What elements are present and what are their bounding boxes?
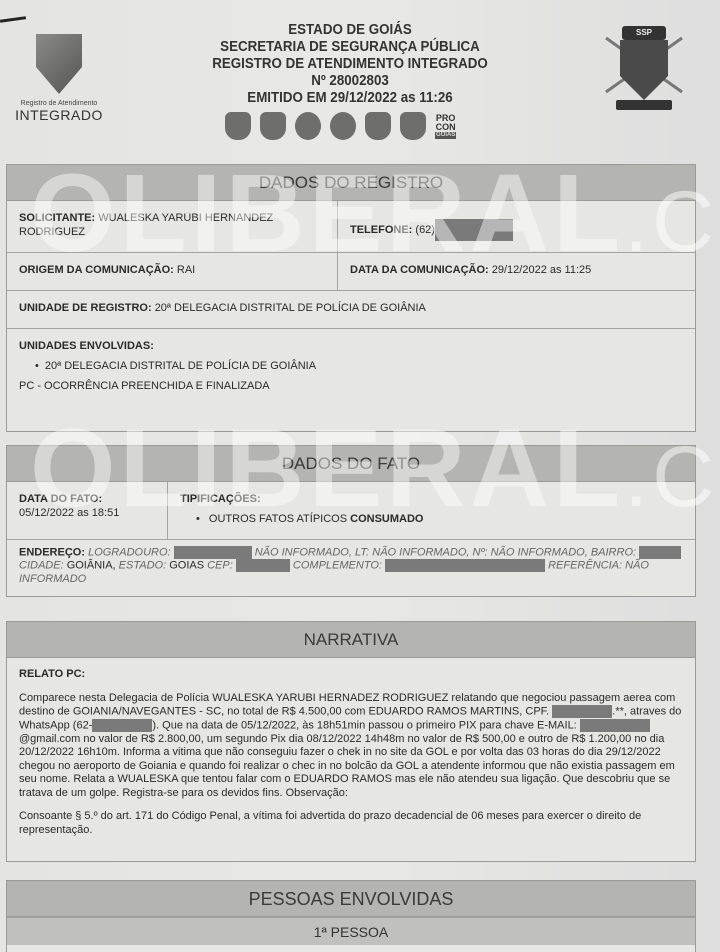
redacted-cep <box>236 559 290 572</box>
tipificacao-item: OUTROS FATOS ATÍPICOS CONSUMADO <box>180 512 683 526</box>
header-secretaria: SECRETARIA DE SEGURANÇA PÚBLICA <box>194 39 507 56</box>
pen-mark <box>0 16 26 23</box>
section-title: PESSOAS ENVOLVIDAS <box>7 881 695 917</box>
procon-logo: PRO CON GOIÁS <box>435 114 456 139</box>
solicitante-field: SOLICITANTE: WUALESKA YARUBI HERNANDEZ R… <box>7 201 337 252</box>
bombeiros-badge-icon <box>295 112 321 140</box>
relato-label: RELATO PC: <box>19 668 683 682</box>
aviation-badge-icon <box>330 112 356 140</box>
agency-badges: PRO CON GOIÁS <box>225 112 456 140</box>
section-narrativa: NARRATIVA RELATO PC: Comparece nesta Del… <box>6 621 696 862</box>
pm-badge-icon <box>225 112 251 140</box>
logo-title: INTEGRADO <box>14 107 104 123</box>
section-pessoas-envolvidas: PESSOAS ENVOLVIDAS 1ª PESSOA <box>6 880 696 952</box>
redacted-logradouro <box>174 546 252 559</box>
pessoa-1-header: 1ª PESSOA <box>7 917 695 945</box>
unidade-item: 20ª DELEGACIA DISTRITAL DE POLÍCIA DE GO… <box>19 359 683 373</box>
ssp-bottom-ribbon <box>616 100 672 110</box>
section-title: DADOS DO FATO <box>7 446 695 482</box>
document-page: Registro de Atendimento INTEGRADO ESTADO… <box>0 0 720 952</box>
section-title: NARRATIVA <box>7 622 695 658</box>
redacted-phone <box>435 219 513 241</box>
tipificacoes-field: TIPIFICAÇÕES: OUTROS FATOS ATÍPICOS CONS… <box>167 482 695 539</box>
redacted-bairro <box>639 546 681 559</box>
section-dados-registro: DADOS DO REGISTRO SOLICITANTE: WUALESKA … <box>6 164 696 432</box>
redacted-email <box>580 719 650 732</box>
status-text: PC - OCORRÊNCIA PREENCHIDA E FINALIZADA <box>19 379 683 393</box>
header-registro: REGISTRO DE ATENDIMENTO INTEGRADO <box>194 56 507 73</box>
detran-badge-icon <box>400 112 426 140</box>
telefone-field: TELEFONE: (62) <box>337 201 695 252</box>
header-number: Nº 28002803 <box>194 73 507 90</box>
unidade-registro-field: UNIDADE DE REGISTRO: 20ª DELEGACIA DISTR… <box>7 291 695 328</box>
policia-tecnica-badge-icon <box>365 112 391 140</box>
header-state: ESTADO DE GOIÁS <box>194 22 507 39</box>
section-title: DADOS DO REGISTRO <box>7 165 695 201</box>
redacted-complemento <box>385 559 545 572</box>
redacted-cpf <box>552 705 612 718</box>
narrativa-body: RELATO PC: Comparece nesta Delegacia de … <box>7 658 695 857</box>
data-comunicacao-field: DATA DA COMUNICAÇÃO: 29/12/2022 as 11:25 <box>337 253 695 290</box>
redacted-whatsapp <box>92 719 152 732</box>
data-fato-field: DATA DO FATO: 05/12/2022 as 18:51 <box>7 482 167 539</box>
document-header: ESTADO DE GOIÁS SECRETARIA DE SEGURANÇA … <box>194 22 507 107</box>
unidades-envolvidas-field: UNIDADES ENVOLVIDAS: 20ª DELEGACIA DISTR… <box>7 329 695 431</box>
rai-shield-icon <box>36 34 82 94</box>
endereco-field: ENDEREÇO: LOGRADOURO: NÃO INFORMADO, LT:… <box>7 540 695 596</box>
header-issued: EMITIDO EM 29/12/2022 as 11:26 <box>194 90 507 107</box>
ssp-crest-logo: SSP <box>596 22 692 112</box>
relato-text: Comparece nesta Delegacia de Polícia WUA… <box>19 692 683 801</box>
ssp-ribbon: SSP <box>622 26 666 40</box>
origem-field: ORIGEM DA COMUNICAÇÃO: RAI <box>7 253 337 290</box>
section-dados-fato: DADOS DO FATO DATA DO FATO: 05/12/2022 a… <box>6 445 696 597</box>
observacao-text: Consoante § 5.º do art. 171 do Código Pe… <box>19 810 683 837</box>
rai-logo: Registro de Atendimento INTEGRADO <box>14 34 104 123</box>
pc-badge-icon <box>260 112 286 140</box>
logo-subtitle: Registro de Atendimento <box>14 100 104 107</box>
